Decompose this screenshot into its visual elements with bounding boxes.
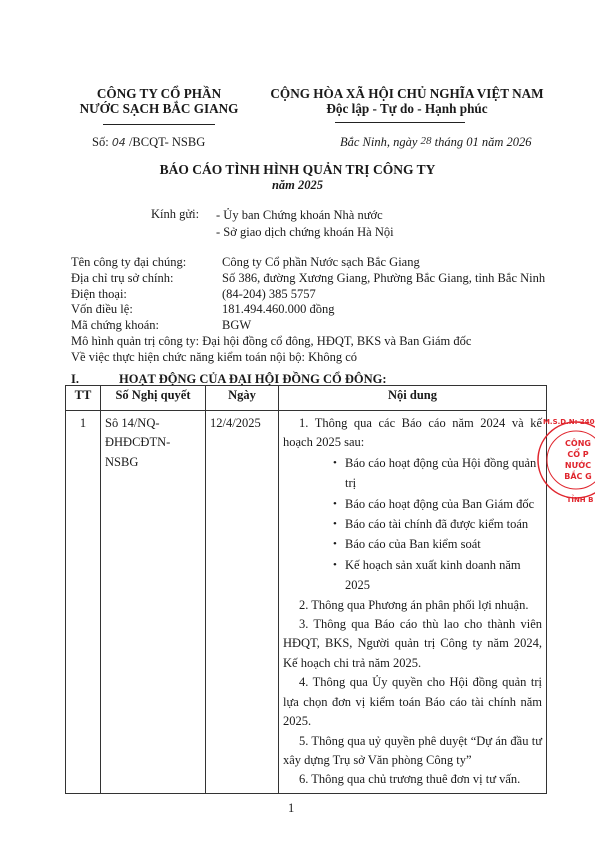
place-date: Bắc Ninh, ngày 28 tháng 01 năm 2026 <box>340 135 532 150</box>
company-info: Tên công ty đại chúng:Công ty Cổ phần Nư… <box>71 255 545 366</box>
report-list: Báo cáo hoạt động của Hội đồng quản trị … <box>283 453 542 596</box>
company-name-header: CÔNG TY CỔ PHẦN NƯỚC SẠCH BẮC GIANG <box>64 86 254 116</box>
handwritten-number: 04 <box>112 136 126 149</box>
charter-capital: 181.494.460.000 đồng <box>222 302 335 318</box>
page-number: 1 <box>288 801 294 816</box>
company-name: Công ty Cổ phần Nước sạch Bắc Giang <box>222 255 420 271</box>
nation-line-1: CỘNG HÒA XÃ HỘI CHỦ NGHĨA VIỆT NAM <box>262 86 552 101</box>
recipient: - Sở giao dịch chứng khoán Hà Nội <box>216 224 394 241</box>
document-number: Số: 04 /BCQT- NSBG <box>92 135 205 150</box>
governance-model: Mô hình quản trị công ty: Đại hội đồng c… <box>71 334 545 350</box>
ticker: BGW <box>222 318 251 334</box>
phone: (84-204) 385 5757 <box>222 287 316 303</box>
divider <box>103 124 215 125</box>
internal-audit: Về việc thực hiện chức năng kiểm toán nộ… <box>71 350 545 366</box>
nation-motto: Độc lập - Tự do - Hạnh phúc <box>262 101 552 116</box>
recipient: - Ủy ban Chứng khoán Nhà nước <box>216 207 394 224</box>
handwritten-day: 28 <box>421 135 432 147</box>
svg-text:CÔNG: CÔNG <box>565 437 591 448</box>
company-seal-icon: M.S.D.N: 240012 CÔNG CỔ P NƯỚC BẮC G TỈN… <box>536 408 595 516</box>
resolution-content: 1. Thông qua các Báo cáo năm 2024 và kế … <box>279 411 547 794</box>
recipients-list: - Ủy ban Chứng khoán Nhà nước - Sở giao … <box>216 207 394 241</box>
svg-text:CỔ P: CỔ P <box>567 447 588 459</box>
address: Số 386, đường Xương Giang, Phường Bắc Gi… <box>222 271 545 287</box>
svg-text:BẮC G: BẮC G <box>564 469 592 481</box>
svg-text:NƯỚC: NƯỚC <box>565 459 591 470</box>
resolutions-table: TT Số Nghị quyết Ngày Nội dung 1 Sô 14/N… <box>65 385 547 794</box>
svg-text:TỈNH B: TỈNH B <box>567 494 594 504</box>
company-line-2: NƯỚC SẠCH BẮC GIANG <box>64 101 254 116</box>
divider <box>335 122 465 123</box>
table-row: 1 Sô 14/NQ-ĐHĐCĐTN-NSBG 12/4/2025 1. Thô… <box>66 411 547 794</box>
table-header-row: TT Số Nghị quyết Ngày Nội dung <box>66 386 547 411</box>
company-line-1: CÔNG TY CỔ PHẦN <box>64 86 254 101</box>
report-title: BÁO CÁO TÌNH HÌNH QUẢN TRỊ CÔNG TY <box>60 162 535 178</box>
resolution-number: Sô 14/NQ-ĐHĐCĐTN-NSBG <box>101 411 206 794</box>
resolution-date: 12/4/2025 <box>206 411 279 794</box>
recipients-label: Kính gửi: <box>151 207 199 222</box>
report-year: năm 2025 <box>60 178 535 193</box>
svg-text:M.S.D.N: 240012: M.S.D.N: 240012 <box>543 418 595 426</box>
national-header: CỘNG HÒA XÃ HỘI CHỦ NGHĨA VIỆT NAM Độc l… <box>262 86 552 116</box>
